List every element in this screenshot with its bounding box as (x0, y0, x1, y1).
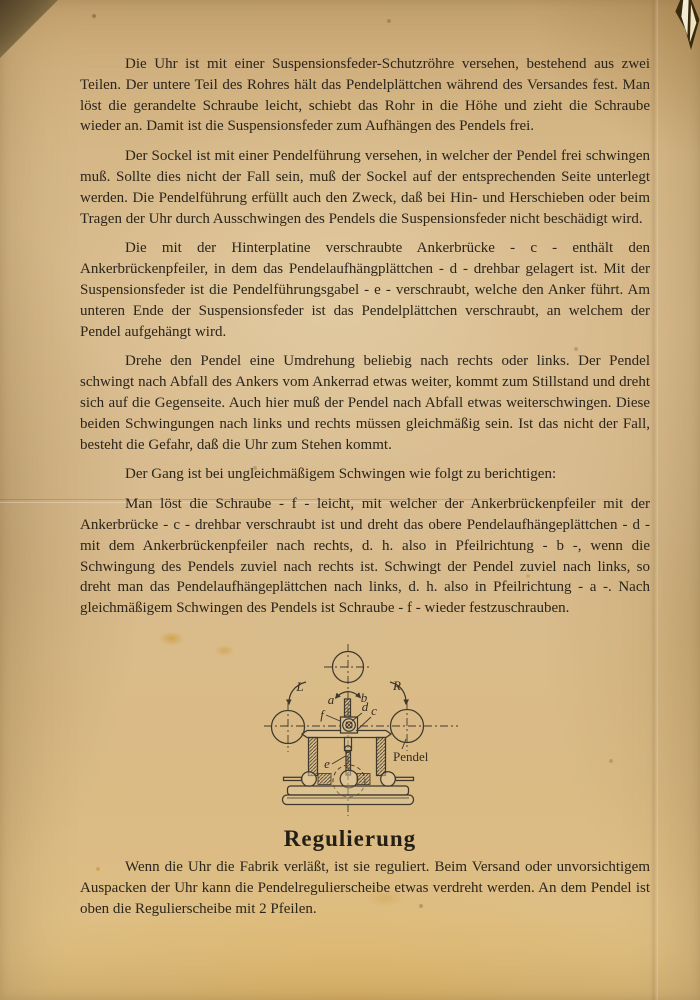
paragraph-2: Der Sockel ist mit einer Pendelführung v… (80, 146, 650, 229)
pendulum-mechanism-diagram: L R a b f d c e Pendel (250, 640, 470, 820)
paragraph-6: Man löst die Schraube - f - leicht, mit … (80, 494, 650, 619)
label-pendel: Pendel (393, 749, 429, 764)
right-pillar (377, 738, 386, 776)
label-f: f (320, 707, 326, 722)
paragraph-1: Die Uhr ist mit einer Suspensionsfeder-S… (80, 54, 650, 137)
closing-paragraph: Wenn die Uhr die Fabrik verläßt, ist sie… (80, 857, 650, 919)
label-c: c (371, 703, 377, 718)
right-axle-stub (396, 777, 414, 780)
paragraph-3: Die mit der Hinterplatine verschraubte A… (80, 238, 650, 342)
leader-f (326, 715, 340, 721)
base-plate-upper (288, 786, 409, 795)
leader-e (332, 756, 346, 764)
label-d: d (362, 699, 369, 714)
base-plate-lower (283, 795, 414, 805)
left-wheel (302, 772, 317, 787)
upper-suspension-stem (345, 699, 351, 717)
arrow-direction-b (348, 692, 360, 698)
label-e: e (324, 756, 330, 771)
paragraph-4: Drehe den Pendel eine Umdrehung beliebig… (80, 351, 650, 455)
closing-text: Wenn die Uhr die Fabrik verläßt, ist sie… (80, 857, 650, 919)
label-R: R (392, 678, 401, 693)
diagram-linework (264, 644, 458, 816)
leader-c (356, 717, 371, 731)
left-axle-stub (284, 777, 302, 780)
suspension-rod (345, 738, 352, 751)
folded-corner-top-left (0, 0, 60, 60)
scanned-page: { "page": { "type": "scanned instruction… (0, 0, 700, 1000)
paragraph-5: Der Gang ist bei ungleichmäßigem Schwing… (80, 464, 650, 485)
section-heading: Regulierung (65, 826, 635, 852)
paper-specks (0, 0, 2, 2)
label-a: a (328, 692, 335, 707)
arrow-direction-a (336, 692, 348, 699)
right-bearing-block (357, 774, 370, 785)
leader-pendel (402, 739, 406, 749)
right-wheel (381, 772, 396, 787)
vertical-fold-crease (650, 0, 658, 1000)
left-pillar (309, 738, 318, 776)
paper-tear-top-right (670, 0, 700, 52)
body-text: Die Uhr ist mit einer Suspensionsfeder-S… (80, 54, 650, 628)
center-wheel (340, 770, 358, 788)
label-L: L (295, 679, 303, 694)
left-bearing-block (318, 774, 331, 785)
